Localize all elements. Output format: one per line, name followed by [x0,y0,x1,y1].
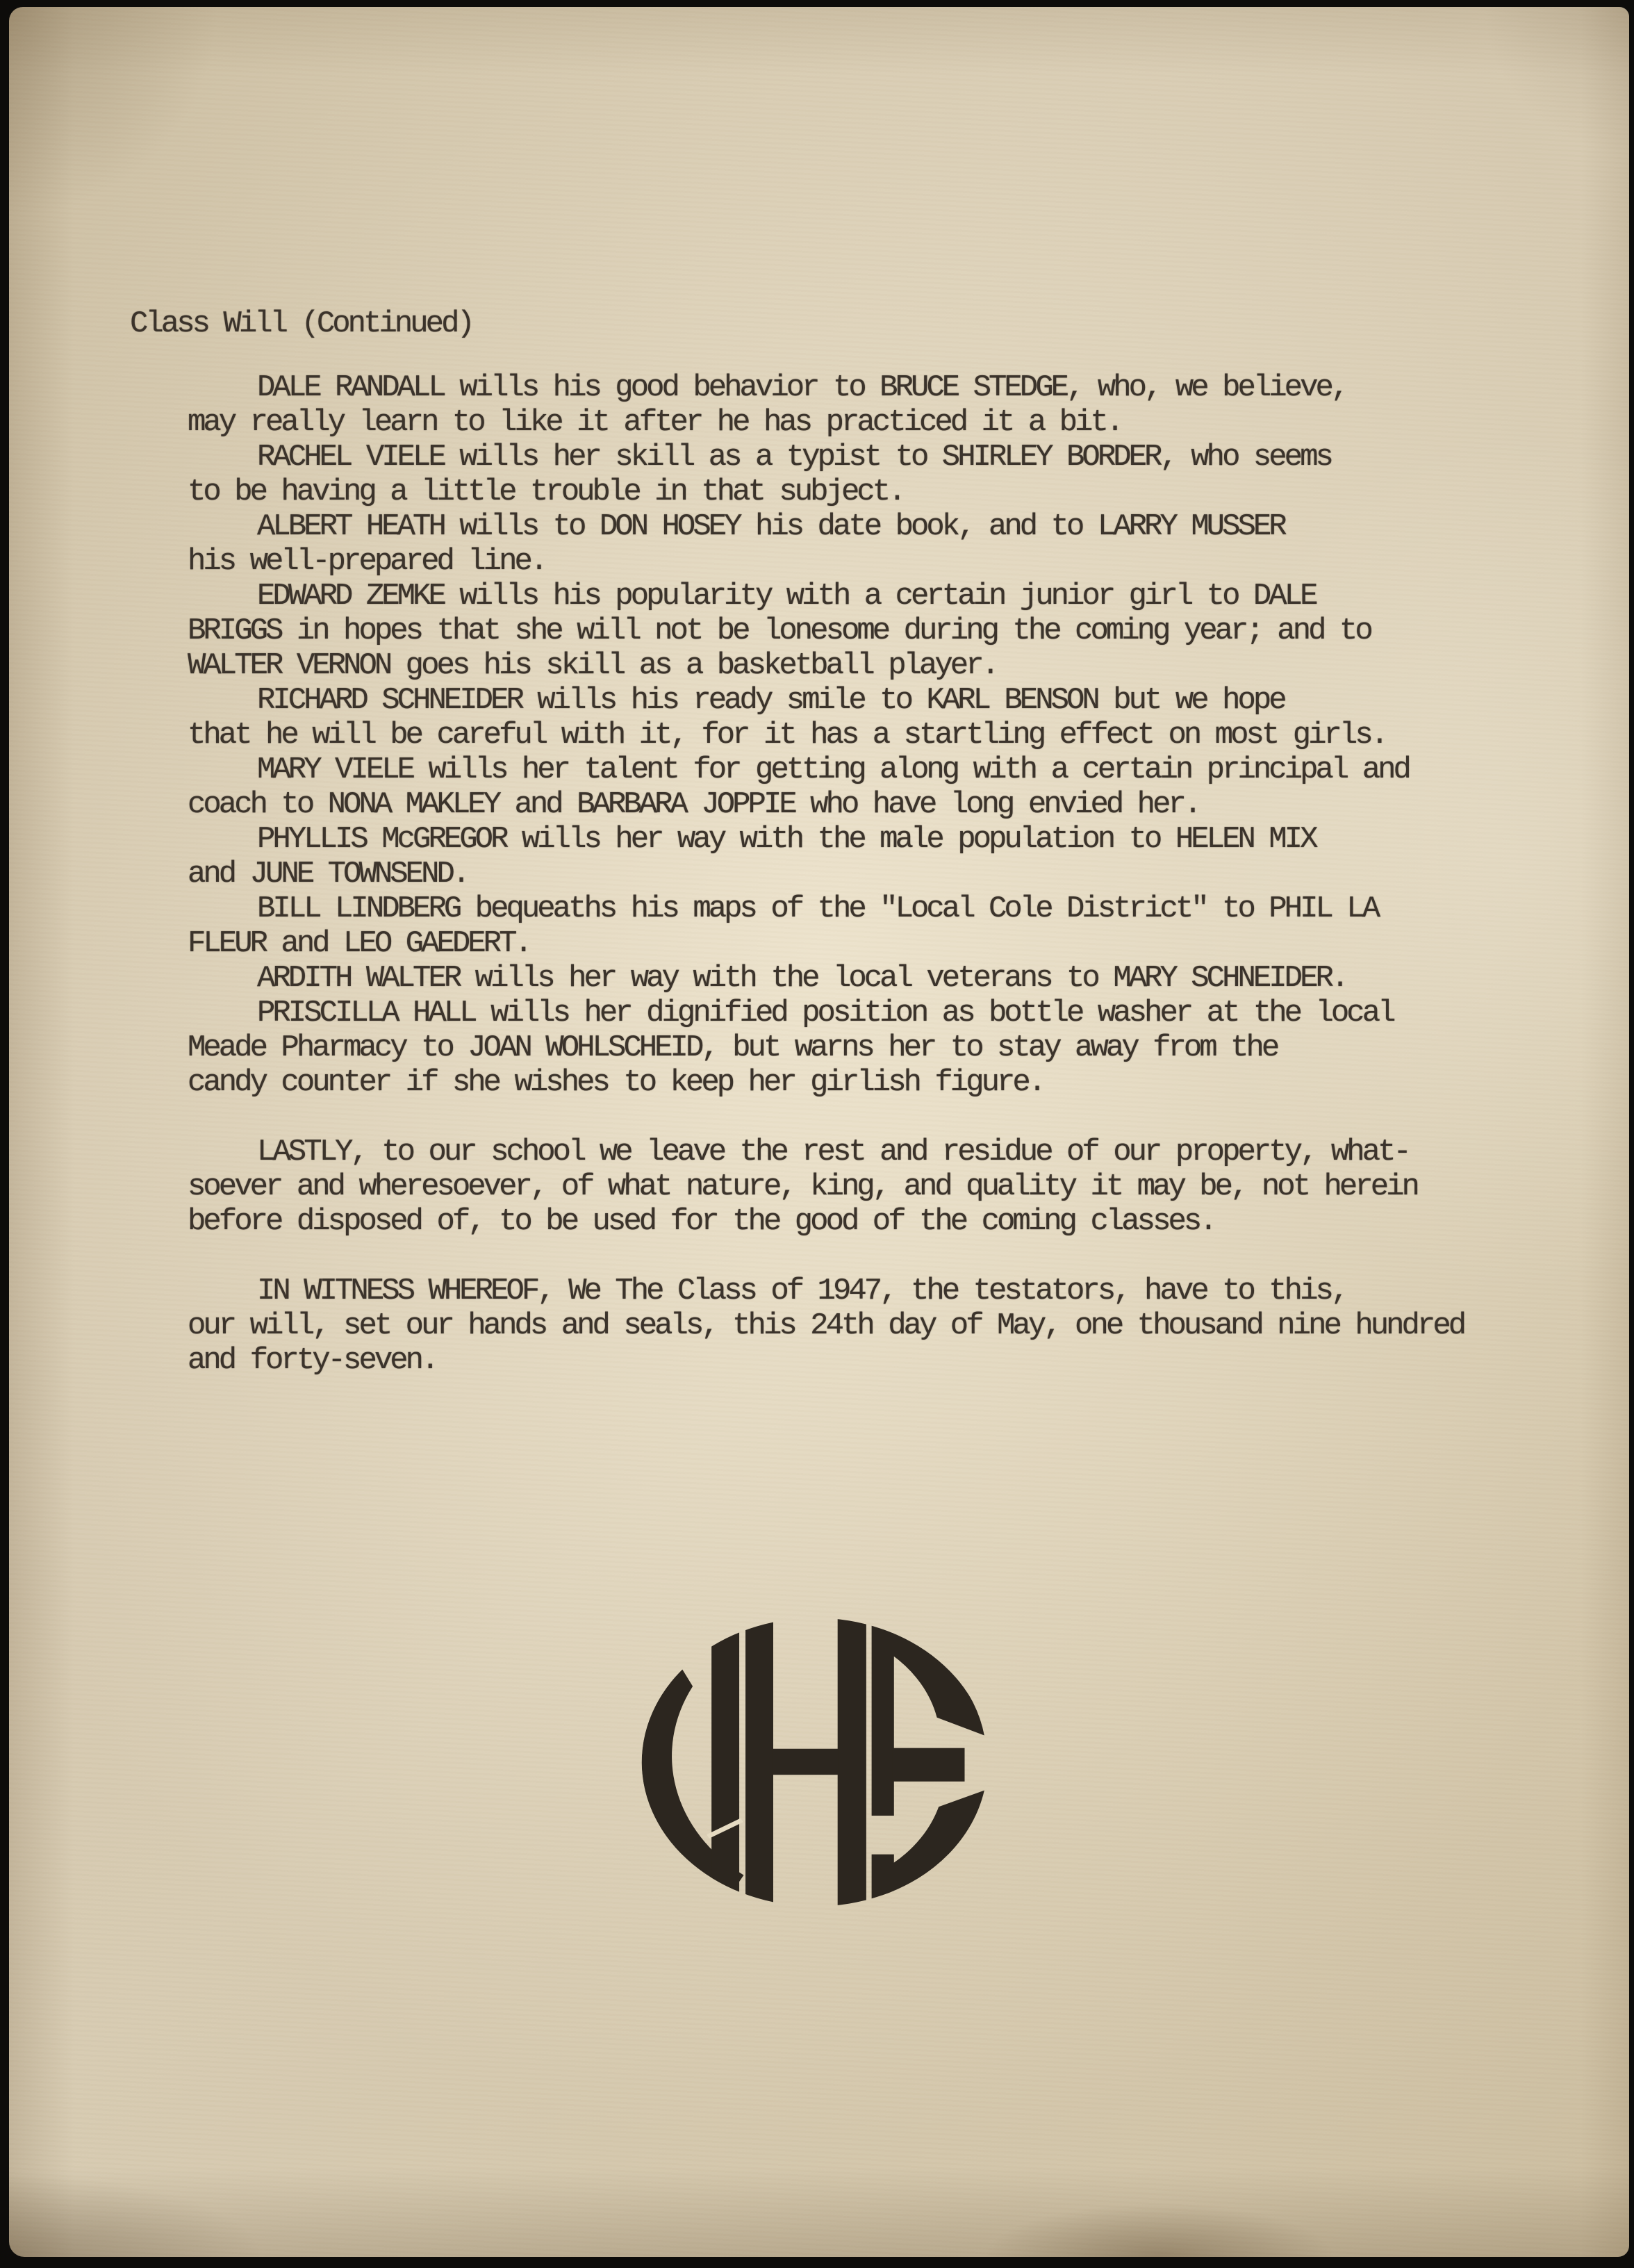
text-line: soever and wheresoever, of what nature, … [188,1169,1508,1204]
will-text: DALE RANDALL wills his good behavior to … [188,370,1508,1378]
text-line: candy counter if she wishes to keep her … [188,1065,1508,1100]
text-line: WALTER VERNON goes his skill as a basket… [188,648,1508,683]
paper: Class Will (Continued) DALE RANDALL will… [9,7,1629,2257]
text-line: LASTLY, to our school we leave the rest … [188,1135,1508,1169]
text-line: DALE RANDALL wills his good behavior to … [188,370,1508,405]
text-line: IN WITNESS WHEREOF, We The Class of 1947… [188,1274,1508,1308]
will-paragraph: BILL LINDBERG bequeaths his maps of the … [188,891,1508,961]
will-paragraph: PHYLLIS McGREGOR wills her way with the … [188,822,1508,891]
text-line: to be having a little trouble in that su… [188,475,1508,509]
text-line: his well-prepared line. [188,544,1508,579]
text-line: EDWARD ZEMKE wills his popularity with a… [188,579,1508,614]
text-line: ARDITH WALTER wills her way with the loc… [188,961,1508,996]
will-paragraph: LASTLY, to our school we leave the rest … [188,1135,1508,1239]
text-line: before disposed of, to be used for the g… [188,1204,1508,1239]
text-line: that he will be careful with it, for it … [188,718,1508,753]
text-line: PHYLLIS McGREGOR wills her way with the … [188,822,1508,857]
text-line: RICHARD SCHNEIDER wills his ready smile … [188,683,1508,718]
text-line: Meade Pharmacy to JOAN WOHLSCHEID, but w… [188,1030,1508,1065]
monogram-letter-s [872,1613,984,1911]
will-paragraph: RICHARD SCHNEIDER wills his ready smile … [188,683,1508,753]
will-paragraph: MARY VIELE wills her talent for getting … [188,753,1508,822]
text-line: FLEUR and LEO GAEDERT. [188,926,1508,961]
text-line: BRIGGS in hopes that she will not be lon… [188,614,1508,648]
will-paragraph: DALE RANDALL wills his good behavior to … [188,370,1508,440]
text-line: RACHEL VIELE wills her skill as a typist… [188,440,1508,475]
text-line: and forty-seven. [188,1343,1508,1378]
will-paragraph: RACHEL VIELE wills her skill as a typist… [188,440,1508,509]
text-line: PRISCILLA HALL wills her dignified posit… [188,996,1508,1030]
uhs-monogram-logo [636,1613,994,1911]
text-line: and JUNE TOWNSEND. [188,857,1508,891]
will-paragraph: EDWARD ZEMKE wills his popularity with a… [188,579,1508,683]
page-title: Class Will (Continued) [130,306,472,341]
monogram-letter-h [745,1613,866,1911]
will-paragraph: ALBERT HEATH wills to DON HOSEY his date… [188,509,1508,579]
text-line: may really learn to like it after he has… [188,405,1508,440]
monogram-letter-u [642,1613,744,1911]
will-paragraph: PRISCILLA HALL wills her dignified posit… [188,996,1508,1100]
text-line: our will, set our hands and seals, this … [188,1308,1508,1343]
text-line: ALBERT HEATH wills to DON HOSEY his date… [188,509,1508,544]
text-line: MARY VIELE wills her talent for getting … [188,753,1508,787]
text-line: coach to NONA MAKLEY and BARBARA JOPPIE … [188,787,1508,822]
will-paragraph: ARDITH WALTER wills her way with the loc… [188,961,1508,996]
scanned-page: Class Will (Continued) DALE RANDALL will… [0,0,1634,2268]
will-paragraph: IN WITNESS WHEREOF, We The Class of 1947… [188,1274,1508,1378]
text-line: BILL LINDBERG bequeaths his maps of the … [188,891,1508,926]
